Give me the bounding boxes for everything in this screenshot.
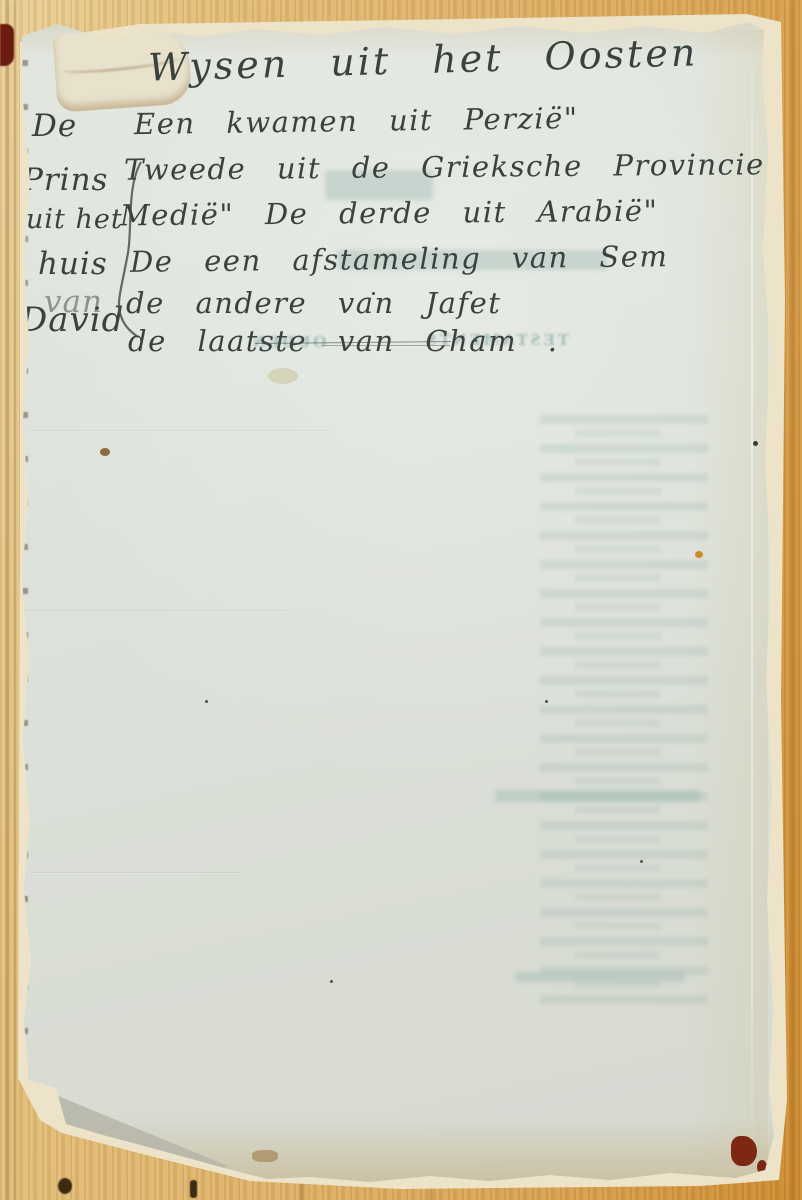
handwritten-line: Tweede uit de Grieksche Provincie bbox=[124, 147, 765, 187]
speck bbox=[330, 980, 333, 983]
paper-crease bbox=[30, 430, 330, 432]
wood-grain-streak bbox=[6, 0, 9, 1200]
pencil-underline bbox=[322, 345, 450, 346]
stain-spot bbox=[100, 448, 110, 456]
speck bbox=[640, 860, 643, 863]
margin-note-word: huis bbox=[38, 246, 108, 282]
handwritten-line: de andere van Jafet bbox=[126, 286, 501, 320]
paper-fold-crease bbox=[751, 28, 753, 1168]
red-stain-blob-bottom-right bbox=[731, 1136, 757, 1166]
handwritten-title: Wysen uit het Oosten bbox=[147, 30, 698, 89]
wood-grain-streak bbox=[792, 0, 795, 1200]
margin-note-word: Prins bbox=[22, 162, 108, 198]
handwritten-line: Een kwamen uit Perzië" bbox=[134, 101, 579, 141]
handwritten-line: Medië" De derde uit Arabië" bbox=[120, 194, 659, 233]
margin-note-word: De bbox=[32, 108, 77, 144]
wood-knot bbox=[190, 1180, 197, 1198]
pencil-dot bbox=[474, 339, 477, 342]
paper-crease bbox=[30, 872, 240, 874]
stain-spot bbox=[695, 551, 703, 558]
bleedthrough-index-column bbox=[575, 429, 661, 989]
speck bbox=[753, 441, 758, 446]
handwritten-line: de laatste van Cham . bbox=[128, 324, 559, 358]
wood-knot bbox=[58, 1178, 72, 1194]
red-stain-blob-top-left bbox=[0, 24, 14, 66]
paper-sheet: OUDEN TESTAMENTS Wysen uit het Oosten De… bbox=[0, 0, 802, 1200]
stain-spot bbox=[252, 1150, 278, 1162]
wood-grain-streak bbox=[14, 0, 16, 1200]
speck bbox=[545, 700, 548, 703]
stain-spot bbox=[268, 368, 298, 384]
handwritten-line: De een afstameling van Sem bbox=[130, 239, 669, 279]
paper-crease bbox=[25, 610, 285, 612]
speck bbox=[205, 700, 208, 703]
